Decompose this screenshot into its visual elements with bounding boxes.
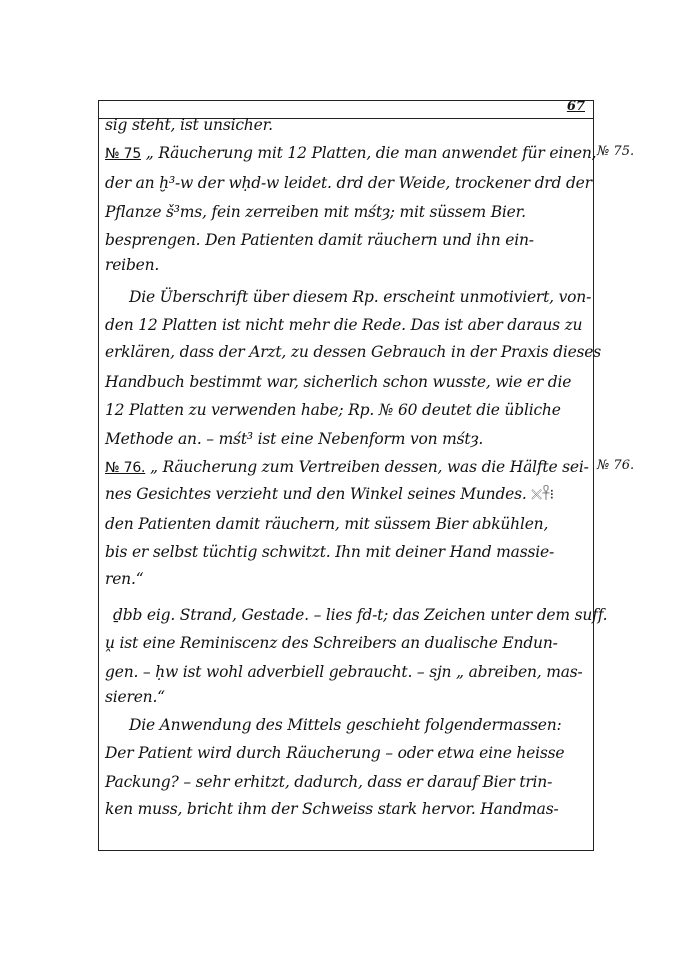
text-line: gen. – ḥw ist wohl adverbiell gebraucht.…: [105, 662, 583, 682]
margin-note-entry-75: № 75.: [597, 144, 634, 159]
text-line: Die Anwendung des Mittels geschieht folg…: [129, 715, 562, 735]
entry-number: № 76.: [105, 460, 145, 476]
text-line: besprengen. Den Patienten damit räuchern…: [105, 230, 534, 250]
text-line: Der Patient wird durch Räucherung – oder…: [105, 743, 564, 763]
margin-note-entry-76: № 76.: [597, 458, 634, 473]
page-frame: 67 sig steht, ist unsicher. № 75 „ Räuch…: [98, 100, 594, 851]
text-line: Die Überschrift über diesem Rp. erschein…: [129, 287, 591, 307]
page-number: 67: [567, 99, 585, 114]
text-line: ren.“: [105, 569, 143, 589]
text-line: 12 Platten zu verwenden habe; Rp. № 60 d…: [105, 400, 561, 420]
text-line-entry-75: № 75 „ Räucherung mit 12 Platten, die ma…: [105, 143, 596, 164]
text-line: den Patienten damit räuchern, mit süssem…: [105, 514, 548, 534]
text-line: bis er selbst tüchtig schwitzt. Ihn mit …: [105, 542, 554, 562]
text-line: reiben.: [105, 255, 159, 275]
hieroglyph-icon: 𓏴𓋹⁝: [527, 487, 554, 503]
text-line: sieren.“: [105, 687, 165, 707]
text-line: nes Gesichtes verzieht und den Winkel se…: [105, 484, 554, 505]
text-line: Pflanze š³ms, fein zerreiben mit mśtȝ; m…: [105, 202, 526, 222]
text-line: ḏbb eig. Strand, Gestade. – lies fd-t; d…: [113, 605, 607, 625]
text-line: ṷ ist eine Reminiscenz des Schreibers an…: [105, 633, 558, 653]
text-line: ken muss, bricht ihm der Schweiss stark …: [105, 799, 559, 819]
text-line: Packung? – sehr erhitzt, dadurch, dass e…: [105, 772, 552, 792]
text-line: der an ḫ³-w der wḥd-w leidet. drd der We…: [105, 173, 592, 193]
text-line: den 12 Platten ist nicht mehr die Rede. …: [105, 315, 582, 335]
text-line: erklären, dass der Arzt, zu dessen Gebra…: [105, 342, 601, 362]
text-line: Methode an. – mśt³ ist eine Nebenform vo…: [105, 429, 483, 449]
text-line: sig steht, ist unsicher.: [105, 115, 273, 135]
entry-number: № 75: [105, 146, 141, 162]
text-line: Handbuch bestimmt war, sicherlich schon …: [105, 372, 571, 392]
text-line-entry-76: № 76. „ Räucherung zum Vertreiben dessen…: [105, 457, 589, 478]
